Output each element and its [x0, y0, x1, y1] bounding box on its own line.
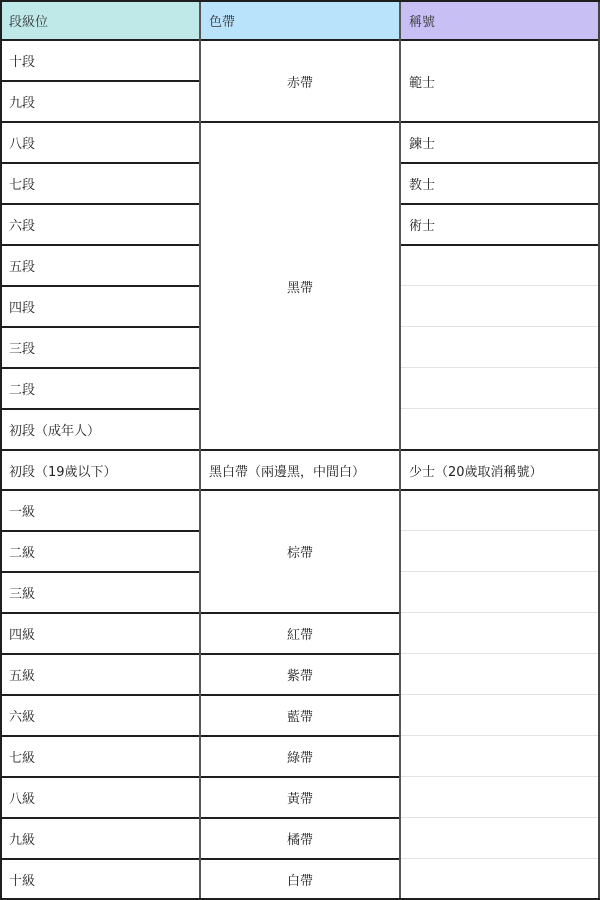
divider: [0, 285, 200, 287]
divider: [200, 612, 400, 614]
rank-cell: 八段: [0, 122, 200, 163]
title-cell: [400, 818, 600, 859]
title-cell: [400, 286, 600, 327]
title-cell: [400, 695, 600, 736]
rank-cell: 五段: [0, 245, 200, 286]
header-rank: 段級位: [0, 0, 200, 40]
divider: [400, 653, 600, 654]
title-cell: 教士: [400, 163, 600, 204]
divider: [200, 735, 400, 737]
belt-color-cell: 黑白帶（兩邊黑，中間白）: [200, 450, 400, 490]
rank-cell: 四級: [0, 613, 200, 654]
title-cell: [400, 777, 600, 818]
belt-color-cell: 黑帶: [200, 122, 400, 450]
rank-cell: 七段: [0, 163, 200, 204]
divider: [200, 489, 400, 491]
rank-cell: 九級: [0, 818, 200, 859]
belt-color-cell: 橘帶: [200, 818, 400, 859]
divider: [0, 80, 200, 82]
header-belt-color: 色帶: [200, 0, 400, 40]
divider: [0, 530, 200, 532]
rank-cell: 初段（19歲以下）: [0, 450, 200, 490]
divider: [400, 244, 600, 246]
divider: [0, 39, 600, 41]
divider: [200, 653, 400, 655]
rank-cell: 十段: [0, 40, 200, 81]
divider: [0, 244, 200, 246]
rank-cell: 三級: [0, 572, 200, 613]
title-cell: [400, 654, 600, 695]
title-cell: [400, 572, 600, 613]
title-cell: [400, 327, 600, 368]
rank-cell: 十級: [0, 859, 200, 900]
divider: [400, 735, 600, 736]
divider: [0, 408, 200, 410]
title-cell: [400, 613, 600, 654]
divider: [400, 612, 600, 613]
divider: [400, 121, 600, 123]
belt-color-cell: 紫帶: [200, 654, 400, 695]
belt-rank-table: 段級位 色帶 稱號 十段九段八段七段六段五段四段三段二段初段（成年人）初段（19…: [0, 0, 600, 900]
divider: [400, 530, 600, 531]
title-cell: 鍊士: [400, 122, 600, 163]
divider: [200, 858, 400, 860]
divider: [200, 694, 400, 696]
divider: [200, 449, 400, 451]
rank-cell: 初段（成年人）: [0, 409, 200, 450]
rank-cell: 二段: [0, 368, 200, 409]
divider: [400, 571, 600, 572]
divider: [400, 449, 600, 451]
rank-cell: 九段: [0, 81, 200, 122]
belt-color-cell: 棕帶: [200, 490, 400, 613]
title-cell: [400, 490, 600, 531]
rank-cell: 二級: [0, 531, 200, 572]
divider: [0, 735, 200, 737]
divider: [0, 653, 200, 655]
rank-cell: 六級: [0, 695, 200, 736]
divider: [0, 0, 2, 900]
divider: [0, 0, 600, 2]
divider: [200, 817, 400, 819]
divider: [0, 817, 200, 819]
belt-color-cell: 赤帶: [200, 40, 400, 122]
divider: [0, 121, 200, 123]
title-cell: 術士: [400, 204, 600, 245]
divider: [400, 162, 600, 164]
title-cell: [400, 736, 600, 777]
title-cell: 少士（20歲取消稱號）: [400, 450, 600, 490]
divider: [0, 449, 200, 451]
divider: [0, 571, 200, 573]
divider: [400, 489, 600, 491]
divider: [400, 408, 600, 409]
title-cell: [400, 409, 600, 450]
divider: [400, 858, 600, 859]
divider: [199, 0, 201, 900]
divider: [400, 203, 600, 205]
belt-color-cell: 綠帶: [200, 736, 400, 777]
rank-cell: 八級: [0, 777, 200, 818]
divider: [400, 285, 600, 286]
title-cell: [400, 531, 600, 572]
belt-color-cell: 紅帶: [200, 613, 400, 654]
title-cell: 範士: [400, 40, 600, 122]
title-cell: [400, 859, 600, 900]
rank-cell: 四段: [0, 286, 200, 327]
divider: [0, 367, 200, 369]
divider: [400, 776, 600, 777]
title-cell: [400, 368, 600, 409]
divider: [399, 0, 401, 900]
divider: [400, 326, 600, 327]
rank-cell: 七級: [0, 736, 200, 777]
divider: [200, 776, 400, 778]
rank-cell: 三段: [0, 327, 200, 368]
divider: [0, 162, 200, 164]
rank-cell: 六段: [0, 204, 200, 245]
divider: [0, 694, 200, 696]
rank-cell: 五級: [0, 654, 200, 695]
divider: [0, 776, 200, 778]
belt-color-cell: 黃帶: [200, 777, 400, 818]
divider: [0, 858, 200, 860]
header-title: 稱號: [400, 0, 600, 40]
divider: [0, 489, 200, 491]
divider: [0, 612, 200, 614]
divider: [400, 694, 600, 695]
divider: [400, 367, 600, 368]
belt-color-cell: 白帶: [200, 859, 400, 900]
divider: [0, 203, 200, 205]
divider: [200, 121, 400, 123]
divider: [400, 817, 600, 818]
rank-cell: 一級: [0, 490, 200, 531]
title-cell: [400, 245, 600, 286]
belt-color-cell: 藍帶: [200, 695, 400, 736]
divider: [0, 326, 200, 328]
